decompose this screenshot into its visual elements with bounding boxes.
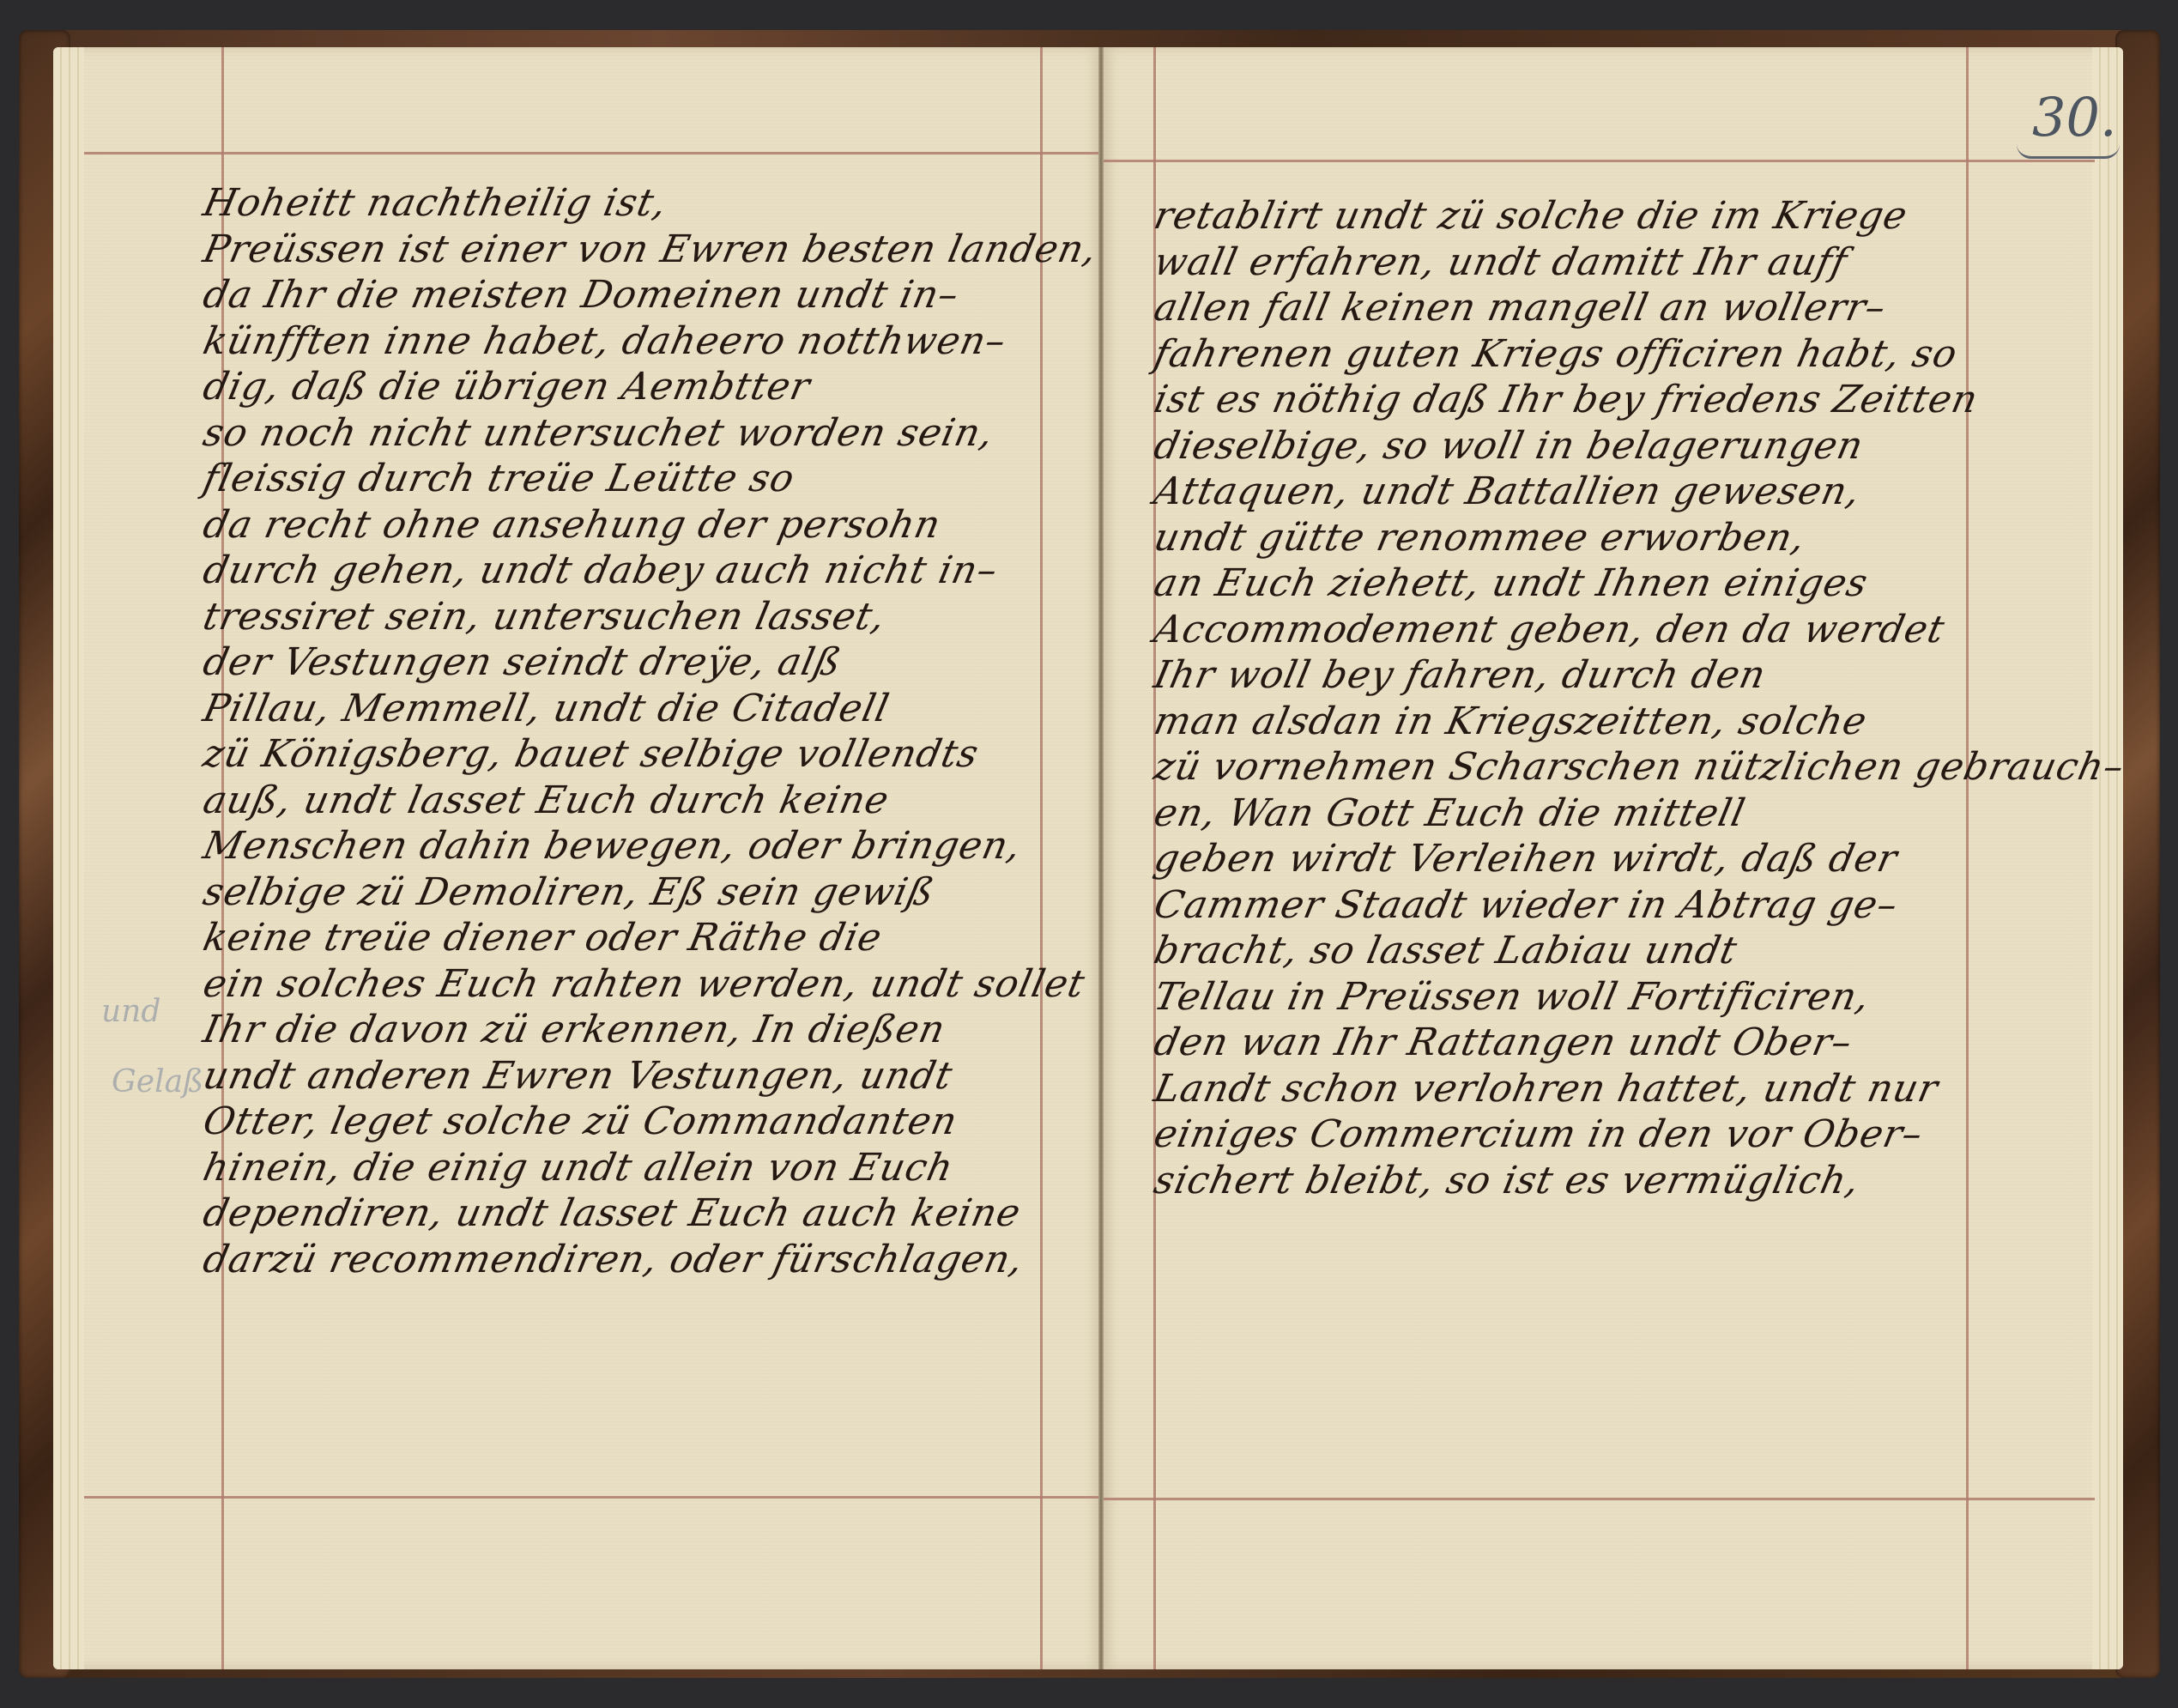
manuscript-line: sichert bleibt, so ist es vermüglich, [1150, 1158, 1983, 1204]
manuscript-line: tressiret sein, untersuchen lasset, [199, 594, 1050, 640]
manuscript-line: an Euch ziehett, undt Ihnen einiges [1150, 560, 1983, 607]
manuscript-line: ist es nöthig daß Ihr bey friedens Zeitt… [1150, 377, 1983, 423]
manuscript-line: den wan Ihr Rattangen undt Ober– [1150, 1020, 1983, 1066]
manuscript-line: allen fall keinen mangell an wollerr– [1150, 285, 1983, 331]
left-page-text: Hoheitt nachtheilig ist, Preüssen ist ei… [199, 180, 1040, 1282]
manuscript-line: Pillau, Memmell, undt die Citadell [199, 686, 1050, 732]
manuscript-line: bracht, so lasset Labiau undt [1150, 928, 1983, 974]
manuscript-line: undt anderen Ewren Vestungen, undt [199, 1053, 1050, 1099]
pencil-margin-note: und [101, 994, 160, 1029]
folio-number: 30. [2032, 86, 2117, 148]
manuscript-line: zü Königsberg, bauet selbige vollendts [199, 731, 1050, 778]
pencil-margin-note: Gelaß [112, 1064, 203, 1099]
page-stack-edges-left [53, 47, 84, 1669]
manuscript-line: Hoheitt nachtheilig ist, [199, 180, 1050, 227]
manuscript-line: Landt schon verlohren hattet, undt nur [1150, 1066, 1983, 1112]
left-page-top-rule [84, 152, 1098, 154]
manuscript-line: Accommodement geben, den da werdet [1150, 607, 1983, 653]
book-gutter-fold [1098, 47, 1104, 1669]
manuscript-line: Otter, leget solche zü Commandanten [199, 1099, 1050, 1145]
manuscript-line: Menschen dahin bewegen, oder bringen, [199, 823, 1050, 869]
folio-number-flourish [2017, 144, 2120, 159]
manuscript-line: keine treüe diener oder Räthe die [199, 915, 1050, 961]
manuscript-line: da Ihr die meisten Domeinen undt in– [199, 272, 1050, 318]
manuscript-line: wall erfahren, undt damitt Ihr auff [1150, 239, 1983, 286]
left-page-bottom-rule [84, 1496, 1098, 1499]
manuscript-line: dig, daß die übrigen Aembtter [199, 364, 1050, 410]
manuscript-line: Cammer Staadt wieder in Abtrag ge– [1150, 882, 1983, 929]
manuscript-line: geben wirdt Verleihen wirdt, daß der [1150, 836, 1983, 882]
manuscript-line: auß, undt lasset Euch durch keine [199, 778, 1050, 824]
manuscript-line: fahrenen guten Kriegs officiren habt, so [1150, 331, 1983, 378]
manuscript-line: darzü recommendiren, oder fürschlagen, [199, 1237, 1050, 1283]
manuscript-line: einiges Commercium in den vor Ober– [1150, 1111, 1983, 1158]
manuscript-line: retablirt undt zü solche die im Kriege [1150, 193, 1983, 239]
manuscript-line: selbige zü Demoliren, Eß sein gewiß [199, 869, 1050, 916]
right-page-text: retablirt undt zü solche die im Kriege w… [1150, 193, 1974, 1203]
manuscript-line: Ihr die davon zü erkennen, In dießen [199, 1007, 1050, 1053]
manuscript-line: hinein, die einig undt allein von Euch [199, 1145, 1050, 1191]
page-stack-edges-right [2092, 47, 2123, 1669]
manuscript-line: Tellau in Preüssen woll Fortificiren, [1150, 974, 1983, 1021]
manuscript-line: künfften inne habet, daheero notthwen– [199, 318, 1050, 365]
manuscript-line: da recht ohne ansehung der persohn [199, 502, 1050, 548]
manuscript-line: ein solches Euch rahten werden, undt sol… [199, 961, 1050, 1008]
manuscript-line: der Vestungen seindt dreÿe, alß [199, 639, 1050, 686]
manuscript-line: zü vornehmen Scharschen nützlichen gebra… [1150, 744, 1983, 790]
manuscript-line: en, Wan Gott Euch die mittell [1150, 790, 1983, 837]
manuscript-line: fleissig durch treüe Leütte so [199, 456, 1050, 502]
manuscript-line: so noch nicht untersuchet worden sein, [199, 410, 1050, 457]
manuscript-line: undt gütte renommee erworben, [1150, 515, 1983, 561]
right-page-top-rule [1104, 160, 2095, 162]
manuscript-line: man alsdan in Kriegszeitten, solche [1150, 699, 1983, 745]
manuscript-line: durch gehen, undt dabey auch nicht in– [199, 548, 1050, 594]
manuscript-line: dieselbige, so woll in belagerungen [1150, 423, 1983, 469]
manuscript-line: Preüssen ist einer von Ewren besten land… [199, 227, 1050, 273]
manuscript-line: Ihr woll bey fahren, durch den [1150, 652, 1983, 699]
manuscript-line: dependiren, undt lasset Euch auch keine [199, 1190, 1050, 1237]
right-page-bottom-rule [1104, 1498, 2095, 1500]
manuscript-line: Attaquen, undt Battallien gewesen, [1150, 469, 1983, 515]
